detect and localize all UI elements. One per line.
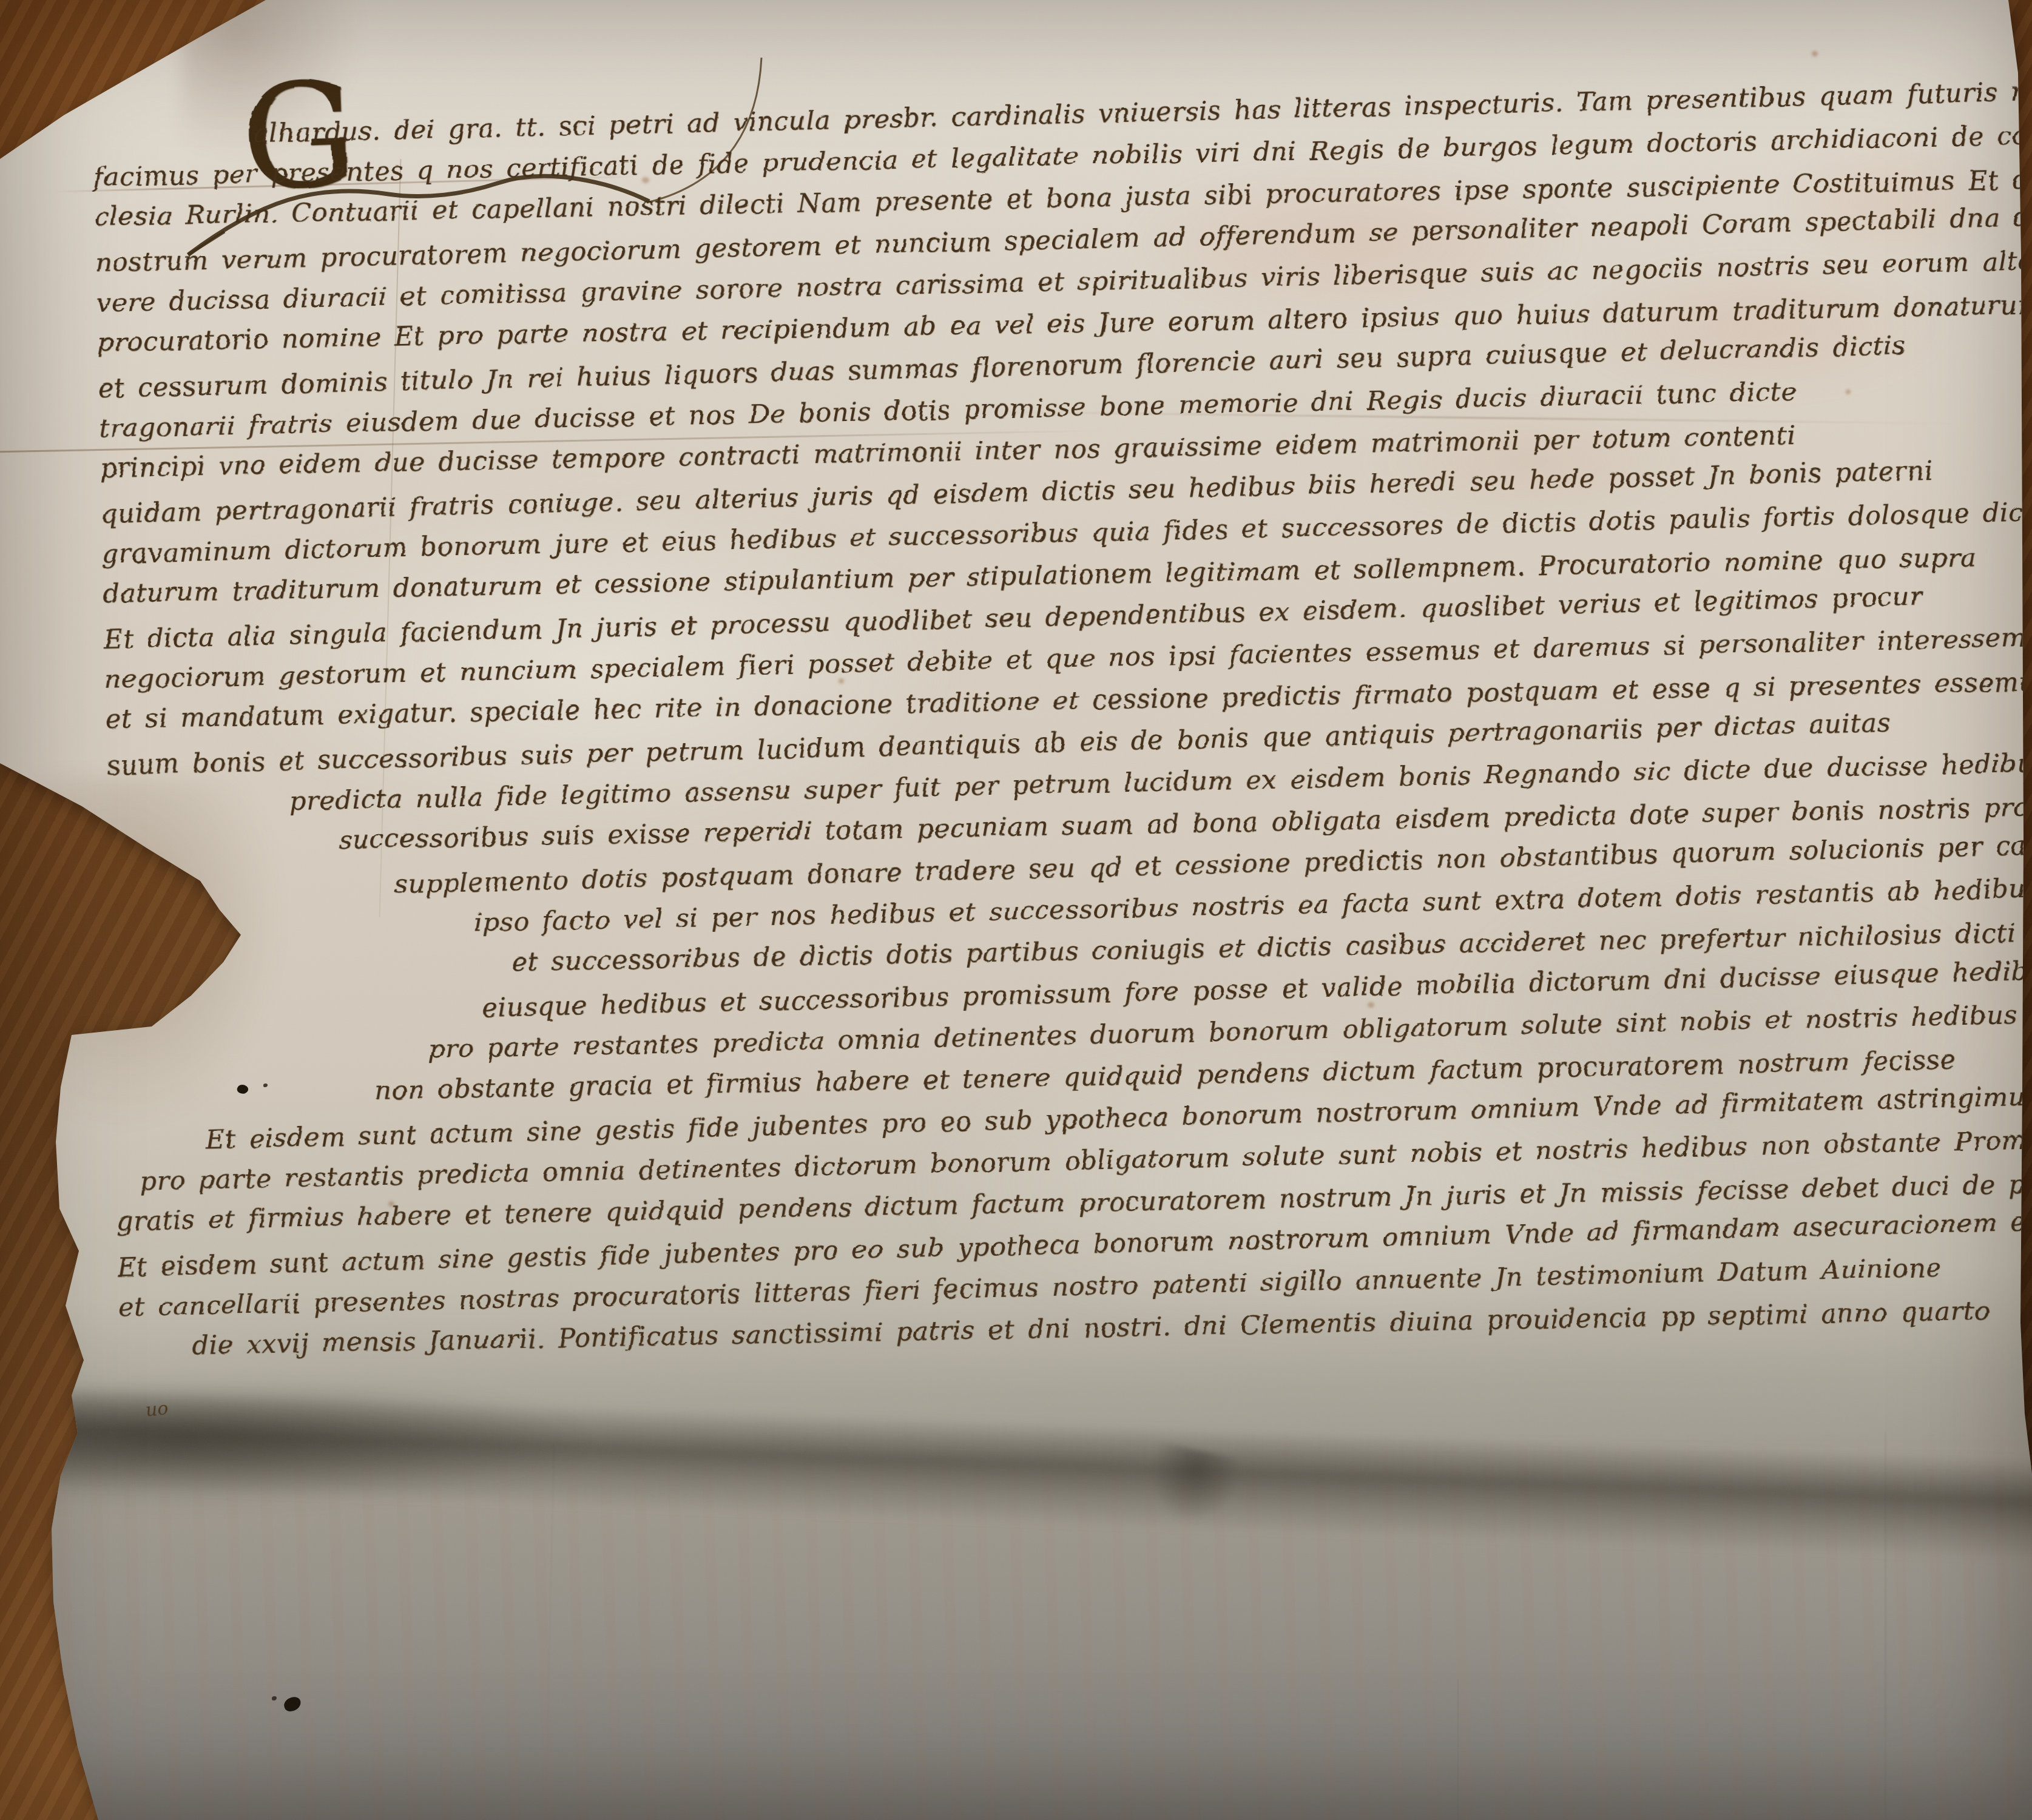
foxing-spot: [1812, 51, 1818, 56]
marginal-note: uo: [144, 1398, 169, 1421]
manuscript-text-block: alhardus. dei gra. tt. sci petri ad vinc…: [92, 75, 1982, 1370]
photograph-of-parchment-charter: G alhardus. dei gra. tt. sci petri ad vi…: [0, 0, 2032, 1820]
parchment-sheet: G alhardus. dei gra. tt. sci petri ad vi…: [0, 0, 2032, 1820]
fold-shadow-dark-end: [36, 1389, 582, 1505]
parchment-sheet-wrapper: G alhardus. dei gra. tt. sci petri ad vi…: [0, 0, 2032, 1820]
